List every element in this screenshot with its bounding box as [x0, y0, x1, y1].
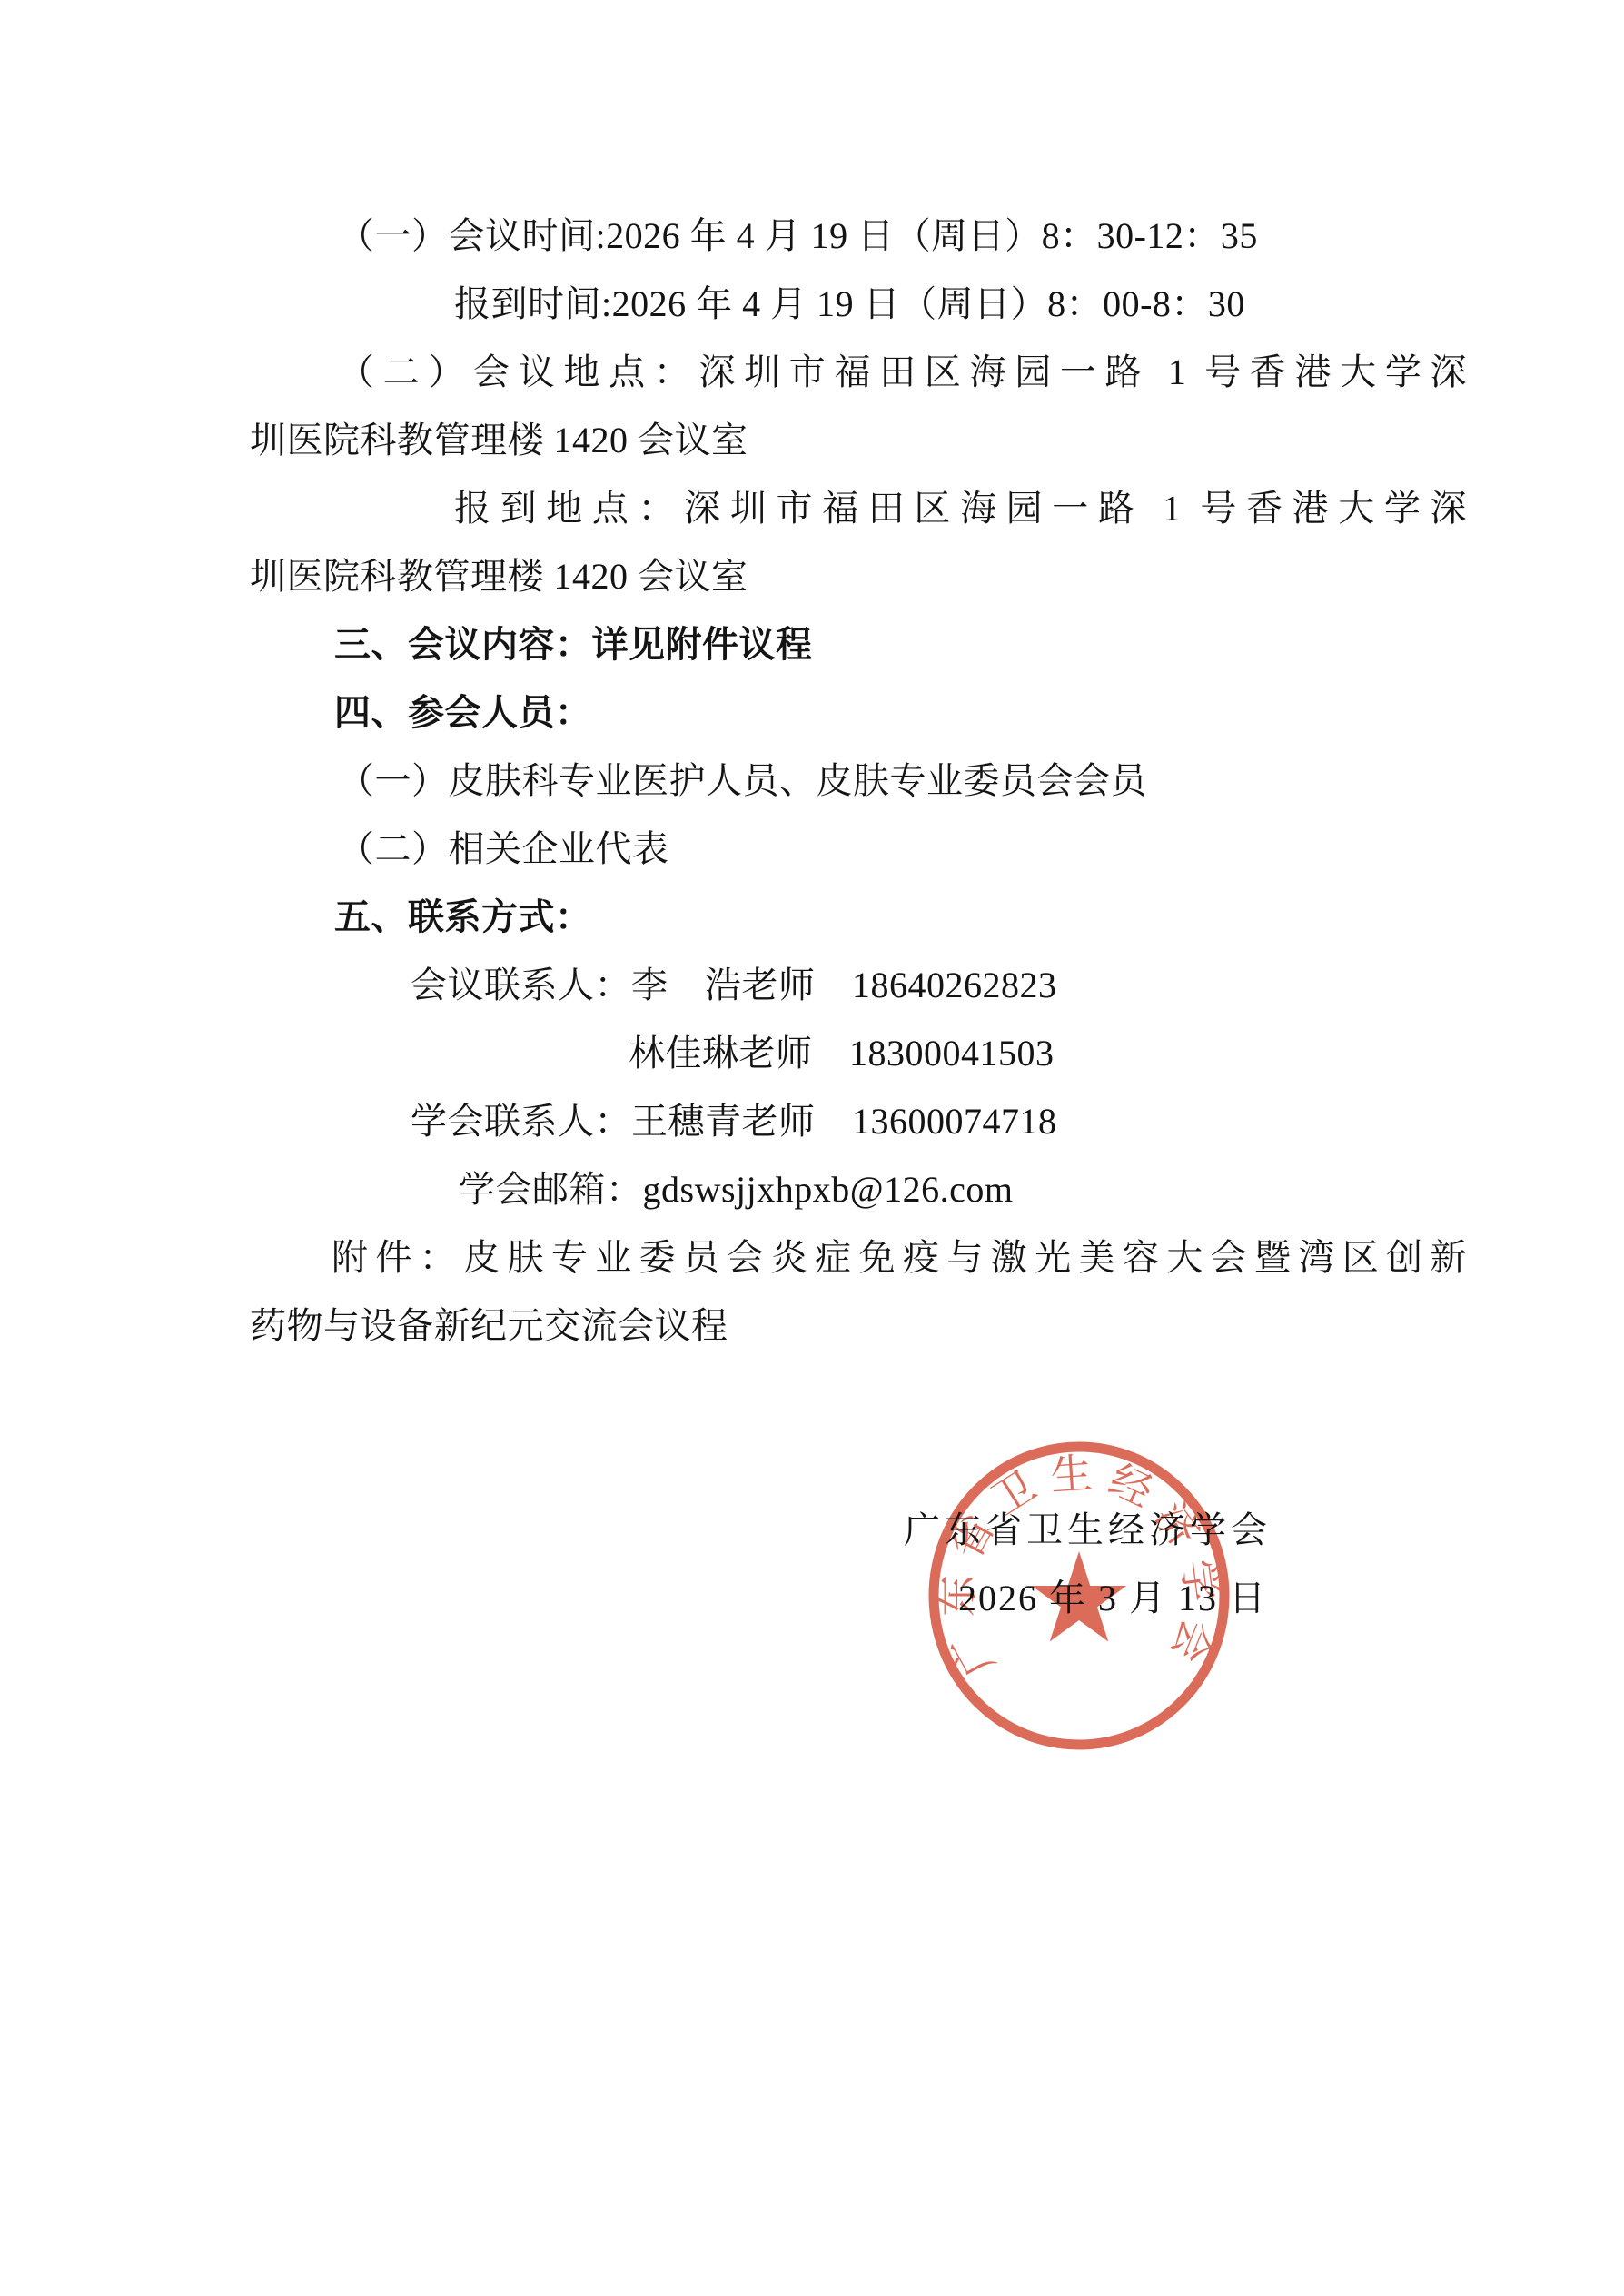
blank-line [250, 1428, 1467, 1496]
signature-date: 2026 年 3 月 13 日 [250, 1564, 1467, 1632]
document-body: （一）会议时间:2026 年 4 月 19 日（周日）8：30-12：35 报到… [250, 202, 1467, 1632]
line-meeting-place-1: （二）会议地点：深圳市福田区海园一路 1 号香港大学深 [250, 338, 1467, 406]
line-society-email: 学会邮箱：gdswsjjxhpxb@126.com [250, 1155, 1467, 1223]
line-contact-society: 学会联系人：王穗青老师 13600074718 [250, 1087, 1467, 1155]
line-contact-meeting-1: 会议联系人：李 浩老师 18640262823 [250, 951, 1467, 1019]
line-checkin-place-1: 报到地点：深圳市福田区海园一路 1 号香港大学深 [250, 474, 1467, 542]
heading-contact: 五、联系方式： [250, 883, 1467, 951]
line-checkin-time: 报到时间:2026 年 4 月 19 日（周日）8：00-8：30 [250, 270, 1467, 338]
signature-org: 广东省卫生经济学会 [250, 1496, 1467, 1564]
document-page: 广东省卫生经济学会 （一）会议时间:2026 年 4 月 19 日（周日）8：3… [0, 0, 1624, 2296]
line-attachment-2: 药物与设备新纪元交流会议程 [250, 1291, 1467, 1360]
blank-line [250, 1360, 1467, 1428]
line-attachment-1: 附件：皮肤专业委员会炎症免疫与激光美容大会暨湾区创新 [250, 1223, 1467, 1291]
line-participants-1: （一）皮肤科专业医护人员、皮肤专业委员会会员 [250, 747, 1467, 815]
line-meeting-place-2: 圳医院科教管理楼 1420 会议室 [250, 406, 1467, 474]
line-meeting-time: （一）会议时间:2026 年 4 月 19 日（周日）8：30-12：35 [250, 202, 1467, 270]
line-contact-meeting-2: 林佳琳老师 18300041503 [250, 1019, 1467, 1087]
heading-participants: 四、参会人员： [250, 678, 1467, 747]
heading-agenda: 三、会议内容：详见附件议程 [250, 610, 1467, 678]
line-checkin-place-2: 圳医院科教管理楼 1420 会议室 [250, 542, 1467, 610]
line-participants-2: （二）相关企业代表 [250, 815, 1467, 883]
